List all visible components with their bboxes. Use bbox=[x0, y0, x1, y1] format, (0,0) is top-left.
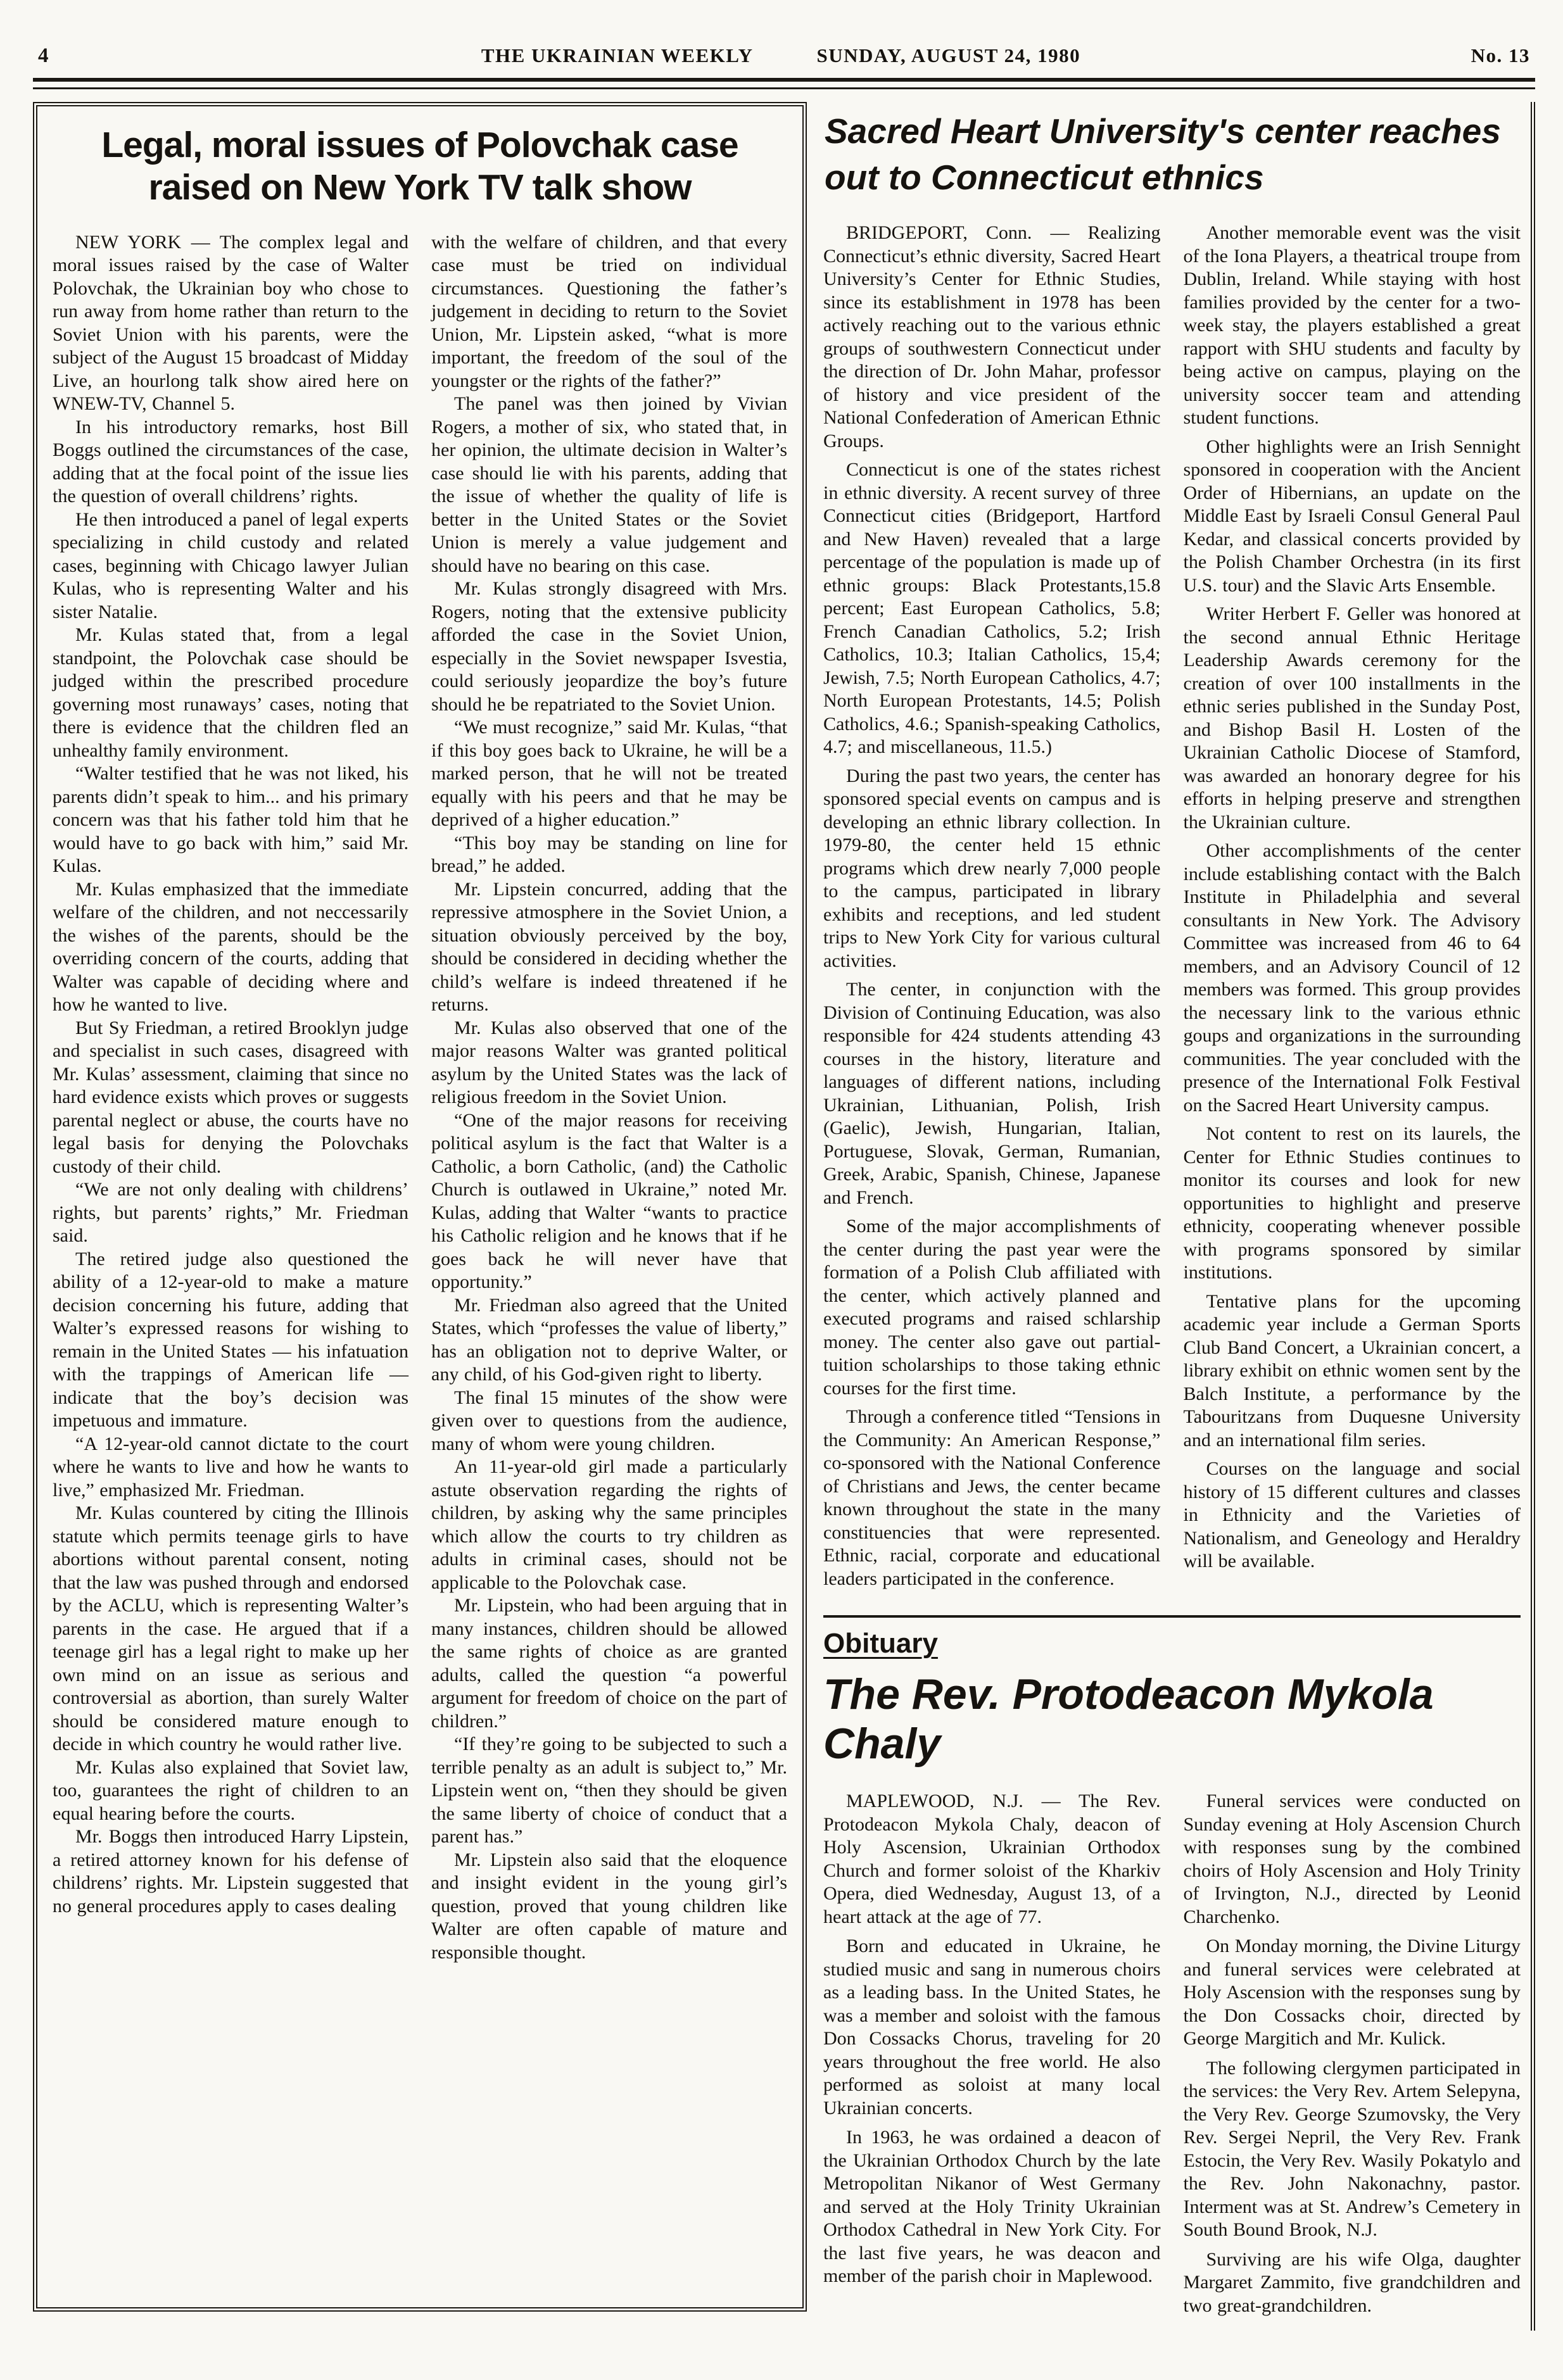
masthead-center: THE UKRAINIAN WEEKLY SUNDAY, AUGUST 24, … bbox=[133, 44, 1429, 67]
article-paragraph: Funeral services were conducted on Sunda… bbox=[1184, 1790, 1521, 1929]
article-paragraph: The final 15 minutes of the show were gi… bbox=[431, 1387, 787, 1456]
article-paragraph: An 11-year-old girl made a particularly … bbox=[431, 1456, 787, 1594]
obituary-col1: MAPLEWOOD, N.J. — The Rev. Protodeacon M… bbox=[823, 1790, 1161, 2324]
article-paragraph: Other highlights were an Irish Sennight … bbox=[1184, 436, 1521, 598]
masthead: 4 THE UKRAINIAN WEEKLY SUNDAY, AUGUST 24… bbox=[33, 19, 1535, 78]
article-paragraph: Mr. Lipstein, who had been arguing that … bbox=[431, 1594, 787, 1733]
article-paragraph: Mr. Lipstein also said that the eloquenc… bbox=[431, 1849, 787, 1965]
article-paragraph: Another memorable event was the visit of… bbox=[1184, 222, 1521, 430]
article-paragraph: “We must recognize,” said Mr. Kulas, “th… bbox=[431, 716, 787, 832]
article-paragraph: The center, in conjunction with the Divi… bbox=[823, 978, 1161, 1209]
article-paragraph: Born and educated in Ukraine, he studied… bbox=[823, 1935, 1161, 2120]
article-paragraph: “This boy may be standing on line for br… bbox=[431, 832, 787, 878]
article-polovchak-col1: NEW YORK — The complex legal and moral i… bbox=[53, 231, 408, 1965]
article-shu-col1: BRIDGEPORT, Conn. — Realizing Connecticu… bbox=[823, 222, 1161, 1596]
article-paragraph: Mr. Boggs then introduced Harry Lipstein… bbox=[53, 1825, 408, 1918]
article-paragraph: In 1963, he was ordained a deacon of the… bbox=[823, 2126, 1161, 2288]
article-paragraph: Mr. Kulas stated that, from a legal stan… bbox=[53, 624, 408, 762]
article-paragraph: “If they’re going to be subjected to suc… bbox=[431, 1733, 787, 1849]
article-polovchak-columns: NEW YORK — The complex legal and moral i… bbox=[53, 231, 787, 1965]
article-paragraph: The retired judge also questioned the ab… bbox=[53, 1248, 408, 1433]
article-paragraph: NEW YORK — The complex legal and moral i… bbox=[53, 231, 408, 416]
article-paragraph: MAPLEWOOD, N.J. — The Rev. Protodeacon M… bbox=[823, 1790, 1161, 1929]
right-column: Sacred Heart University's center reaches… bbox=[823, 102, 1535, 2331]
issue-number: No. 13 bbox=[1429, 44, 1530, 67]
article-paragraph: with the welfare of children, and that e… bbox=[431, 231, 787, 393]
article-paragraph: Through a conference titled “Tensions in… bbox=[823, 1406, 1161, 1590]
article-paragraph: “A 12-year-old cannot dictate to the cou… bbox=[53, 1433, 408, 1502]
article-paragraph: He then introduced a panel of legal expe… bbox=[53, 508, 408, 624]
article-polovchak-col2: with the welfare of children, and that e… bbox=[431, 231, 787, 1965]
article-paragraph: Some of the major accomplishments of the… bbox=[823, 1215, 1161, 1400]
article-paragraph: Mr. Lipstein concurred, adding that the … bbox=[431, 878, 787, 1017]
article-paragraph: The panel was then joined by Vivian Roge… bbox=[431, 393, 787, 577]
article-paragraph: “Walter testified that he was not liked,… bbox=[53, 762, 408, 878]
article-paragraph: Mr. Kulas also observed that one of the … bbox=[431, 1017, 787, 1109]
article-paragraph: Writer Herbert F. Geller was honored at … bbox=[1184, 603, 1521, 834]
article-paragraph: Connecticut is one of the states richest… bbox=[823, 458, 1161, 759]
article-shu-headline: Sacred Heart University's center reaches… bbox=[825, 108, 1521, 200]
article-paragraph: Other accomplishments of the center incl… bbox=[1184, 840, 1521, 1117]
article-paragraph: Courses on the language and social histo… bbox=[1184, 1458, 1521, 1573]
article-polovchak: Legal, moral issues of Polovchak case ra… bbox=[33, 102, 807, 2312]
obituary-col2: Funeral services were conducted on Sunda… bbox=[1184, 1790, 1521, 2324]
article-paragraph: Not content to rest on its laurels, the … bbox=[1184, 1123, 1521, 1285]
article-paragraph: On Monday morning, the Divine Liturgy an… bbox=[1184, 1935, 1521, 2051]
article-paragraph: During the past two years, the center ha… bbox=[823, 765, 1161, 973]
article-paragraph: In his introductory remarks, host Bill B… bbox=[53, 416, 408, 508]
publication-date: SUNDAY, AUGUST 24, 1980 bbox=[816, 44, 1080, 67]
obituary-headline: The Rev. Protodeacon Mykola Chaly bbox=[823, 1670, 1521, 1768]
article-paragraph: Mr. Kulas countered by citing the Illino… bbox=[53, 1502, 408, 1756]
page-content: Legal, moral issues of Polovchak case ra… bbox=[33, 102, 1535, 2331]
article-paragraph: Mr. Kulas strongly disagreed with Mrs. R… bbox=[431, 577, 787, 716]
article-paragraph: Mr. Friedman also agreed that the United… bbox=[431, 1294, 787, 1387]
article-paragraph: But Sy Friedman, a retired Brooklyn judg… bbox=[53, 1017, 408, 1179]
obituary-columns: MAPLEWOOD, N.J. — The Rev. Protodeacon M… bbox=[823, 1790, 1521, 2324]
article-paragraph: Surviving are his wife Olga, daughter Ma… bbox=[1184, 2248, 1521, 2318]
publication-title: THE UKRAINIAN WEEKLY bbox=[481, 44, 754, 67]
obituary-section: Obituary The Rev. Protodeacon Mykola Cha… bbox=[823, 1615, 1521, 2324]
article-shu-col2: Another memorable event was the visit of… bbox=[1184, 222, 1521, 1596]
article-paragraph: Mr. Kulas also explained that Soviet law… bbox=[53, 1756, 408, 1826]
article-paragraph: “One of the major reasons for receiving … bbox=[431, 1109, 787, 1294]
article-paragraph: Tentative plans for the upcoming academi… bbox=[1184, 1290, 1521, 1452]
article-shu-columns: BRIDGEPORT, Conn. — Realizing Connecticu… bbox=[823, 222, 1521, 1596]
article-shu: Sacred Heart University's center reaches… bbox=[823, 108, 1521, 1596]
article-paragraph: “We are not only dealing with childrens’… bbox=[53, 1178, 408, 1248]
article-paragraph: Mr. Kulas emphasized that the immediate … bbox=[53, 878, 408, 1017]
article-paragraph: BRIDGEPORT, Conn. — Realizing Connecticu… bbox=[823, 222, 1161, 453]
newspaper-page: 4 THE UKRAINIAN WEEKLY SUNDAY, AUGUST 24… bbox=[0, 0, 1563, 2380]
article-polovchak-headline: Legal, moral issues of Polovchak case ra… bbox=[72, 124, 768, 210]
page-number: 4 bbox=[38, 44, 133, 68]
article-paragraph: The following clergymen participated in … bbox=[1184, 2057, 1521, 2242]
obituary-label: Obituary bbox=[823, 1628, 1521, 1659]
masthead-rule bbox=[33, 78, 1535, 89]
